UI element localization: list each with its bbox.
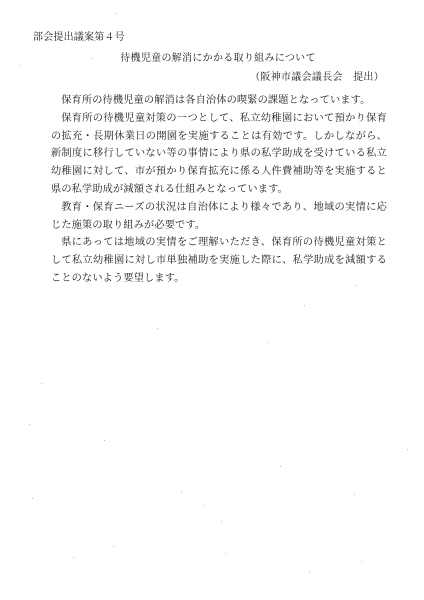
scan-speck <box>32 498 33 499</box>
doc-title: 待機児童の解消にかかる取り組みについて <box>0 49 424 64</box>
scan-speck <box>221 521 222 522</box>
scan-speck <box>204 505 205 506</box>
scan-speck <box>304 305 305 306</box>
scan-speck <box>115 13 116 14</box>
scan-speck <box>407 449 408 450</box>
paragraph-intro: 保育所の待機児童の解消は各自治体の喫緊の課題となっています。 <box>51 92 387 110</box>
scan-speck <box>73 557 74 558</box>
paragraph-needs: 教育・保育ニーズの状況は自治体により様々であり、地域の実情に応じた施策の取り組み… <box>51 199 387 235</box>
paragraph-request: 県にあっては地域の実情をご理解いただき、保育所の待機児童対策として私立幼稚園に対… <box>51 234 387 287</box>
document-page: 部会提出議案第４号 待機児童の解消にかかる取り組みについて （阪神市議会議長会 … <box>0 0 424 600</box>
scan-speck <box>280 466 281 467</box>
scan-speck <box>29 424 30 425</box>
scan-speck <box>181 492 182 493</box>
scan-speck <box>92 58 93 59</box>
scan-speck <box>104 440 105 441</box>
submitter-line: （阪神市議会議長会 提出） <box>250 68 384 83</box>
scan-speck <box>113 546 114 547</box>
scan-speck <box>354 494 355 495</box>
scan-speck <box>96 280 97 281</box>
doc-number: 部会提出議案第４号 <box>33 28 125 43</box>
scan-speck <box>361 561 362 562</box>
document-body: 保育所の待機児童の解消は各自治体の喫緊の課題となっています。 保育所の待機児童対… <box>51 92 387 288</box>
scan-speck <box>309 571 310 572</box>
scan-speck <box>355 285 356 286</box>
paragraph-background: 保育所の待機児童対策の一つとして、私立幼稚園において預かり保育の拡充・長期休業日… <box>51 110 387 199</box>
scan-speck <box>225 553 226 554</box>
scan-speck <box>157 328 158 329</box>
scan-speck <box>267 342 268 343</box>
scan-speck <box>41 383 42 384</box>
scan-speck <box>20 65 21 66</box>
